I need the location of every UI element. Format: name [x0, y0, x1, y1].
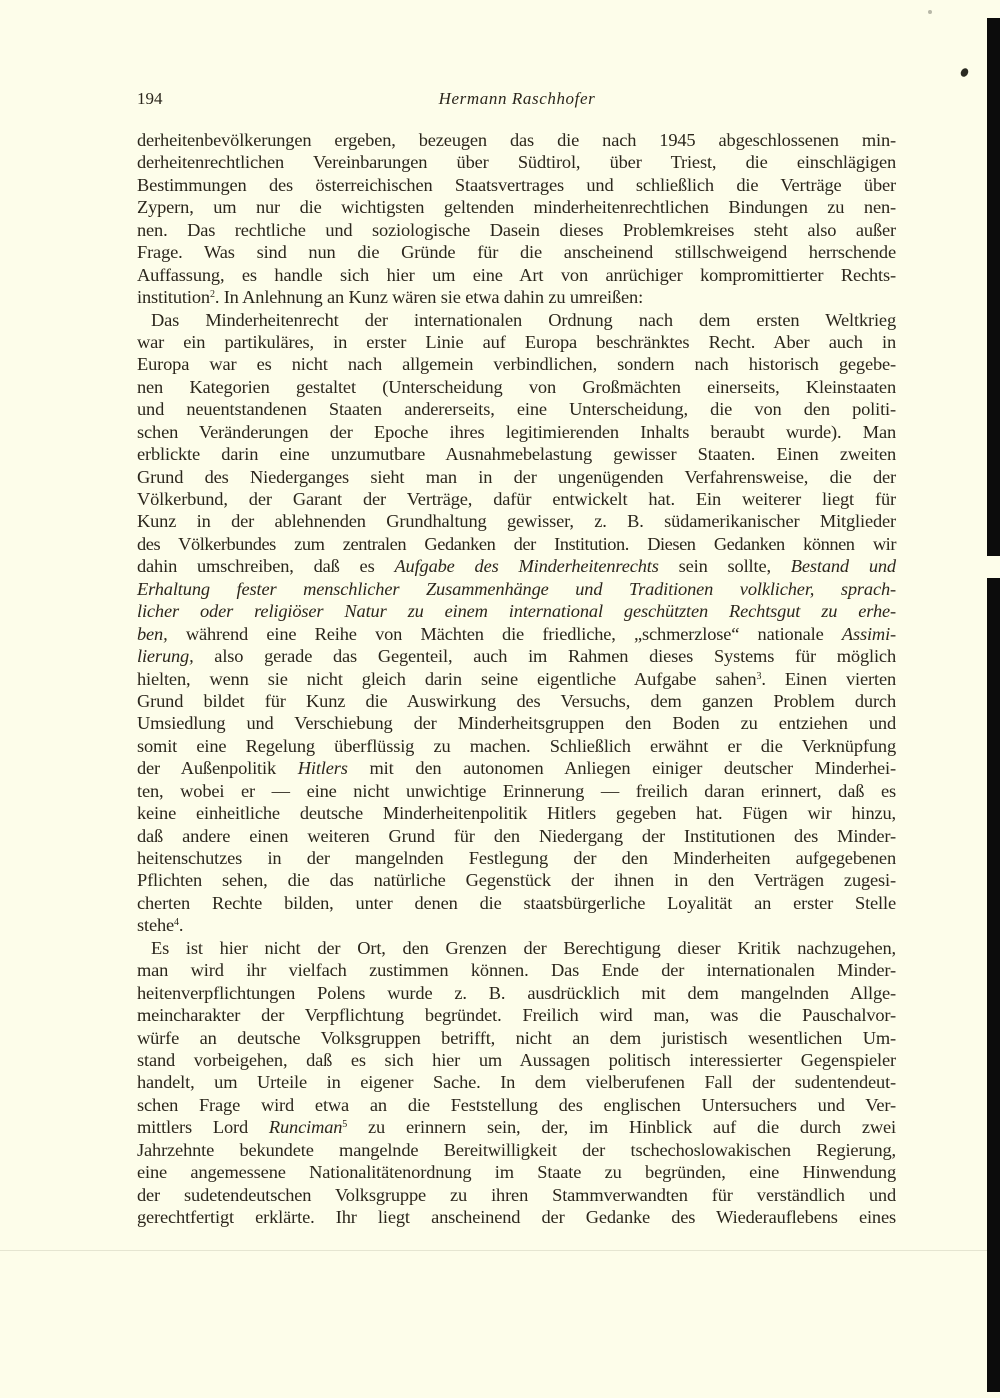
text-line: würfe an deutsche Volksgruppen betrifft,…: [137, 1027, 896, 1049]
emphasis: Runciman: [269, 1117, 342, 1137]
emphasis: Aufgabe des Minderheitenrechts: [394, 556, 658, 576]
text-line: war ein partikuläres, in erster Linie au…: [137, 331, 896, 353]
text-line: Frage. Was sind nun die Gründe für die a…: [137, 241, 896, 263]
text-line: ten, wobei er — eine nicht unwichtige Er…: [137, 780, 896, 802]
text-line: Pflichten sehen, die das natürliche Gege…: [137, 869, 896, 891]
text-line: keine einheitliche deutsche Minderheiten…: [137, 802, 896, 824]
emphasis: ben,: [137, 624, 168, 644]
emphasis: Assimi-: [842, 624, 896, 644]
text-line: mittlers Lord Runciman5 zu erinnern sein…: [137, 1116, 896, 1138]
text-line: Grund bildet für Kunz die Auswirkung des…: [137, 690, 896, 712]
text-line: handelt, um Urteile in eigener Sache. In…: [137, 1071, 896, 1093]
text-line: Das Minderheitenrecht der internationale…: [137, 309, 896, 331]
text-line: der Außenpolitik Hitlers mit den autonom…: [137, 757, 896, 779]
text-line: eine angemessene Nationalitätenordnung i…: [137, 1161, 896, 1183]
emphasis: licher oder religiöser Natur zu einem in…: [137, 601, 896, 621]
document-page: 194 Hermann Raschhofer derheitenbevölker…: [0, 0, 1000, 1398]
text-line: Bestimmungen des österreichischen Staats…: [137, 174, 896, 196]
text-line: Erhaltung fester menschlicher Zusammenhä…: [137, 578, 896, 600]
text-line: Es ist hier nicht der Ort, den Grenzen d…: [137, 937, 896, 959]
text-line: Umsiedlung und Verschiebung der Minderhe…: [137, 712, 896, 734]
scan-edge-gap: [984, 556, 1000, 578]
text-line: der sudetendeutschen Volksgruppe zu ihre…: [137, 1184, 896, 1206]
text-line: man wird ihr vielfach zustimmen können. …: [137, 959, 896, 981]
text-line: Völkerbund, der Garant der Verträge, daf…: [137, 488, 896, 510]
text-line: Auffassung, es handle sich hier um eine …: [137, 264, 896, 286]
emphasis: lierung,: [137, 646, 194, 666]
text-line: Jahrzehnte bekundete mangelnde Bereitwil…: [137, 1139, 896, 1161]
emphasis: Bestand und: [791, 556, 896, 576]
text-line: derheitenbevölkerungen ergeben, bezeugen…: [137, 129, 896, 151]
text-line: meincharakter der Verpflichtung begründe…: [137, 1004, 896, 1026]
text-line: cherten Rechte bilden, unter denen die s…: [137, 892, 896, 914]
text-line: heitenverpflichtungen Polens wurde z. B.…: [137, 982, 896, 1004]
running-head-author: Hermann Raschhofer: [137, 86, 897, 112]
text-line: daß andere einen weiteren Grund für den …: [137, 825, 896, 847]
text-line: stand vorbeigehen, daß es sich hier um A…: [137, 1049, 896, 1071]
text-line: Kunz in der ablehnenden Grundhaltung gew…: [137, 510, 896, 532]
text-line: derheitenrechtlichen Vereinbarungen über…: [137, 151, 896, 173]
text-line: nen Kategorien gestaltet (Unterscheidung…: [137, 376, 896, 398]
text-line: somit eine Regelung überflüssig zu mache…: [137, 735, 896, 757]
text-line: stehe4.: [137, 914, 896, 936]
text-line: nen. Das rechtliche und soziologische Da…: [137, 219, 896, 241]
scan-speck: [928, 10, 932, 14]
text-line: des Völkerbundes zum zentralen Gedanken …: [137, 533, 896, 555]
text-line: lierung, also gerade das Gegenteil, auch…: [137, 645, 896, 667]
emphasis: Erhaltung fester menschlicher Zusammenhä…: [137, 579, 896, 599]
scan-speck: [959, 67, 970, 78]
text-line: und neuentstandenen Staaten andererseits…: [137, 398, 896, 420]
emphasis: Hitlers: [298, 758, 348, 778]
text-line: erblickte darin eine unzumutbare Ausnahm…: [137, 443, 896, 465]
text-line: hielten, wenn sie nicht gleich darin sei…: [137, 668, 896, 690]
text-line: ben, während eine Reihe von Mächten die …: [137, 623, 896, 645]
scan-edge-shadow: [987, 18, 1000, 1392]
text-line: Zypern, um nur die wichtigsten geltenden…: [137, 196, 896, 218]
text-line: licher oder religiöser Natur zu einem in…: [137, 600, 896, 622]
text-line: schen Frage wird etwa an die Feststellun…: [137, 1094, 896, 1116]
text-line: heitenschutzes in der mangelnden Festleg…: [137, 847, 896, 869]
text-line: dahin umschreiben, daß es Aufgabe des Mi…: [137, 555, 896, 577]
text-line: institution2. In Anlehnung an Kunz wären…: [137, 286, 896, 308]
scan-artifact-line: [0, 1250, 1000, 1251]
text-line: gerechtfertigt erklärte. Ihr liegt ansch…: [137, 1206, 896, 1228]
page-header: 194 Hermann Raschhofer: [137, 86, 897, 112]
text-line: Grund des Niederganges sieht man in der …: [137, 466, 896, 488]
body-text: derheitenbevölkerungen ergeben, bezeugen…: [137, 129, 896, 1228]
text-line: schen Veränderungen der Epoche ihres leg…: [137, 421, 896, 443]
text-line: Europa war es nicht nach allgemein verbi…: [137, 353, 896, 375]
